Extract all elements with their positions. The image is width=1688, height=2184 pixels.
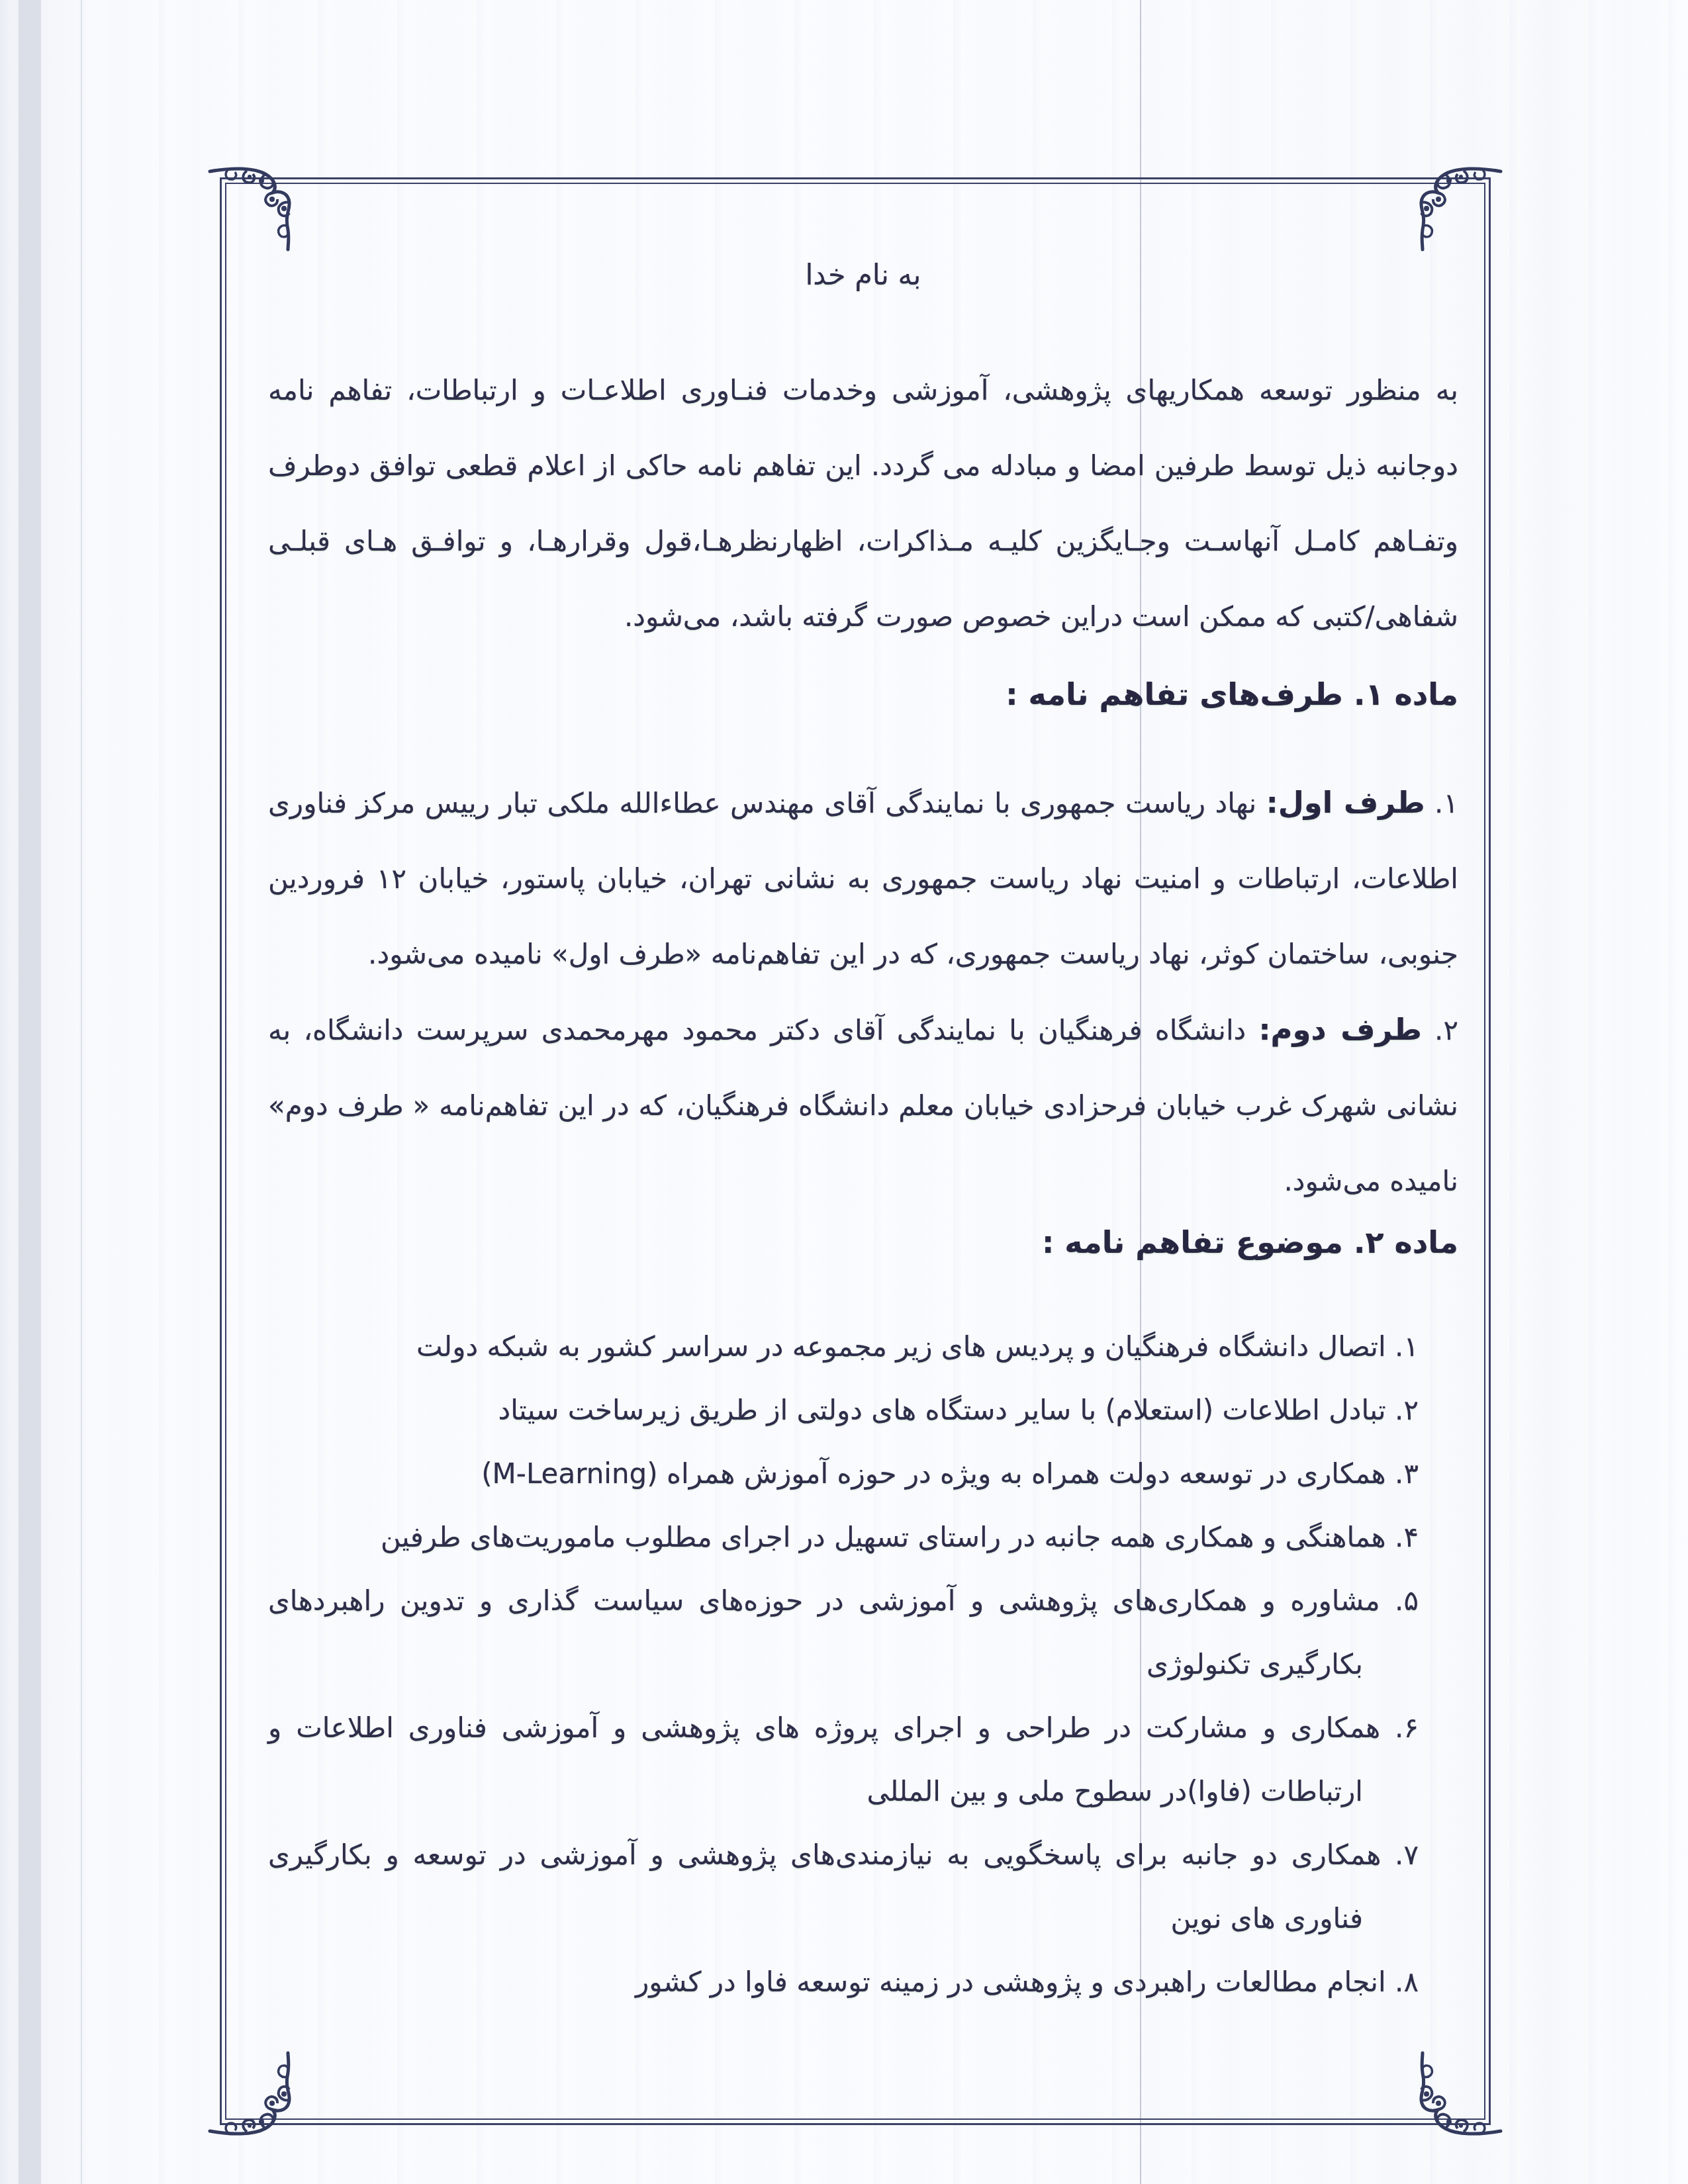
article2-heading: ماده ٢. موضوع تفاهم نامه :: [268, 1219, 1458, 1265]
party-number: ٢.: [1434, 1014, 1458, 1046]
subject-number: ١.: [1395, 1330, 1419, 1363]
subject-number: ۵.: [1395, 1584, 1419, 1617]
subject-number: ۴.: [1395, 1521, 1419, 1553]
intro-line: به منظور توسعه همکاریهای پژوهشی، آموزشی …: [268, 353, 1458, 428]
scanned-document-page: به نام خدا به منظور توسعه همکاریهای پژوه…: [0, 0, 1688, 2184]
scan-artifact-band: [19, 0, 41, 2184]
subject-text: همکاری دو جانبه برای پاسخگویی به نیازمند…: [268, 1839, 1381, 1934]
subject-text: همکاری در توسعه دولت همراه به ویژه در حو…: [481, 1457, 1386, 1490]
intro-paragraph: به منظور توسعه همکاریهای پژوهشی، آموزشی …: [268, 353, 1458, 655]
subject-item: ۵. مشاوره و همکاری‌های پژوهشی و آموزشی د…: [268, 1569, 1419, 1696]
party-title: طرف اول:: [1266, 785, 1425, 820]
subject-number: ٣.: [1395, 1457, 1419, 1490]
subject-item: ٣. همکاری در توسعه دولت همراه به ویژه در…: [268, 1442, 1419, 1506]
document-content: به نام خدا به منظور توسعه همکاریهای پژوه…: [222, 179, 1489, 2123]
subject-text: اتصال دانشگاه فرهنگیان و پردیس های زیر م…: [416, 1330, 1386, 1363]
intro-line: شفاهی/کتبی که ممکن است دراین خصوص صورت گ…: [268, 579, 1458, 655]
subject-text: انجام مطالعات راهبردی و پژوهشی در زمینه …: [635, 1966, 1386, 1998]
subject-item: ۶. همکاری و مشارکت در طراحی و اجرای پروژ…: [268, 1696, 1419, 1823]
subject-number: ٧.: [1395, 1839, 1419, 1871]
subject-text: مشاوره و همکاری‌های پژوهشی و آموزشی در ح…: [268, 1584, 1380, 1680]
subject-item: ۴. هماهنگی و همکاری همه جانبه در راستای …: [268, 1506, 1419, 1569]
subject-item: ١. اتصال دانشگاه فرهنگیان و پردیس های زی…: [268, 1315, 1419, 1379]
subject-text: تبادل اطلاعات (استعلام) با سایر دستگاه ه…: [498, 1394, 1385, 1426]
scan-artifact-line: [81, 0, 82, 2184]
intro-line: وتفـاهم کامـل آنهاسـت وجـایگزین کلیـه مـ…: [268, 504, 1458, 579]
bismillah-heading: به نام خدا: [268, 252, 1458, 298]
subject-number: ٨.: [1395, 1966, 1419, 1998]
subject-text: هماهنگی و همکاری همه جانبه در راستای تسه…: [381, 1521, 1386, 1553]
subject-text: همکاری و مشارکت در طراحی و اجرای پروژه ه…: [268, 1711, 1380, 1807]
subject-item: ٢. تبادل اطلاعات (استعلام) با سایر دستگا…: [268, 1379, 1419, 1442]
document-frame: به نام خدا به منظور توسعه همکاریهای پژوه…: [220, 177, 1491, 2125]
party-title: طرف دوم:: [1259, 1012, 1422, 1047]
party-item-2: ٢. طرف دوم: دانشگاه فرهنگیان با نمایندگی…: [268, 992, 1458, 1219]
intro-line: دوجانبه ذیل توسط طرفین امضا و مبادله می …: [268, 428, 1458, 504]
subject-number: ٢.: [1395, 1394, 1419, 1426]
party-item-1: ١. طرف اول: نهاد ریاست جمهوری با نمایندگ…: [268, 765, 1458, 992]
subject-list: ١. اتصال دانشگاه فرهنگیان و پردیس های زی…: [268, 1315, 1419, 2014]
subject-number: ۶.: [1395, 1711, 1419, 1744]
subject-item: ٧. همکاری دو جانبه برای پاسخگویی به نیاز…: [268, 1823, 1419, 1950]
party-number: ١.: [1434, 787, 1458, 819]
subject-item: ٨. انجام مطالعات راهبردی و پژوهشی در زمی…: [268, 1950, 1419, 2014]
article1-heading: ماده ١. طرف‌های تفاهم نامه :: [268, 671, 1458, 717]
